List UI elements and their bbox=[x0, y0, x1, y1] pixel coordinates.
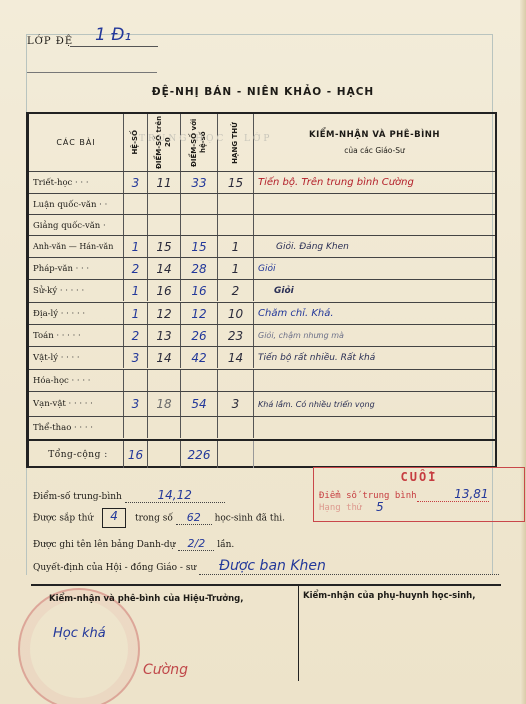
principal-comment: Học khá bbox=[53, 626, 106, 641]
teacher-comment: Chăm chỉ. Khá. bbox=[254, 303, 495, 324]
col-header-comments: KIỂM-NHẬN VÀ PHÊ-BÌNH của các Giáo-Sư bbox=[254, 114, 495, 171]
table-row: Triết-học · · · 3 11 33 15 Tiến bộ. Trên… bbox=[29, 171, 495, 193]
signature-divider bbox=[298, 586, 299, 681]
class-underline bbox=[70, 46, 158, 47]
table-row: Luận quốc-văn · · bbox=[29, 193, 495, 214]
final-average-stamp: CUỐI Điểm số trung bình13,81 Hạng thứ 5 bbox=[313, 467, 525, 522]
table-row: Toán · · · · · 2 13 26 23 Giỏi, chậm như… bbox=[29, 324, 495, 346]
principal-signature: Cường bbox=[143, 662, 188, 678]
teacher-comment: Giỏi bbox=[254, 280, 495, 301]
page-title: ĐỆ-NHỊ BÁN - NIÊN KHẢO - HẠCH bbox=[0, 86, 526, 98]
teacher-comment: Tiến bộ rất nhiều. Rất khá bbox=[254, 347, 495, 368]
parent-label: Kiểm-nhận của phụ-huynh học-sinh, bbox=[303, 591, 475, 601]
table-row: Anh-văn — Hán-văn 1 15 15 1 Giỏi. Đáng K… bbox=[29, 235, 495, 257]
signature-section: Kiểm-nhận và phê-bình của Hiệu-Trưởng, K… bbox=[31, 584, 501, 656]
stamp-rank-value: 5 bbox=[376, 500, 384, 514]
header-rule bbox=[27, 72, 157, 73]
average-value: 14,12 bbox=[125, 488, 225, 503]
table-row: Hóa-học · · · · bbox=[29, 369, 495, 391]
students-count: 62 bbox=[176, 511, 212, 525]
honor-line: Được ghi tên lên bảng Danh-dự 2/2 lần. bbox=[33, 537, 234, 551]
principal-label: Kiểm-nhận và phê-bình của Hiệu-Trưởng, bbox=[49, 594, 243, 604]
teacher-comment: Giỏi. Đáng Khen bbox=[254, 236, 495, 257]
table-row: Vật-lý · · · · 3 14 42 14 Tiến bộ rất nh… bbox=[29, 346, 495, 369]
table-total-row: Tổng-cộng : 16 226 bbox=[29, 439, 495, 468]
ghost-text-trung-hoc: TRUNG HỌC · LỚP bbox=[139, 134, 272, 144]
table-row: Giảng quốc-văn · bbox=[29, 214, 495, 235]
table-row: Sử-ký · · · · · 1 16 16 2 Giỏi bbox=[29, 279, 495, 302]
table-row: Địa-lý · · · · · 1 12 12 10 Chăm chỉ. Kh… bbox=[29, 302, 495, 324]
council-line: Quyết-định của Hội - đồng Giáo - sư Được… bbox=[33, 558, 499, 575]
table-row: Pháp-văn · · · 2 14 28 1 Giỏi bbox=[29, 257, 495, 279]
paper-edge bbox=[520, 0, 526, 704]
col-header-subject: CÁC BÀI bbox=[29, 114, 124, 171]
stamp-title: CUỐI bbox=[314, 470, 524, 484]
teacher-comment: Tiến bộ. Trên trung bình Cường bbox=[254, 172, 495, 193]
average-line: Điểm-số trung-bình 14,12 bbox=[33, 488, 225, 503]
honor-value: 2/2 bbox=[178, 537, 214, 551]
rank-box: 4 bbox=[102, 508, 126, 528]
teacher-comment: Giỏi bbox=[254, 258, 495, 279]
grades-table: CÁC BÀI HỆ-SỐ ĐIỂM-SỐ trên 20 ĐIỂM-SỐ vớ… bbox=[26, 112, 497, 468]
rank-line: Được sắp thứ 4 trong số 62 học-sinh đã t… bbox=[33, 508, 285, 528]
table-row: Thể-thao · · · · bbox=[29, 416, 495, 439]
council-decision: Được ban Khen bbox=[199, 558, 499, 575]
stamp-average-value: 13,81 bbox=[454, 487, 488, 501]
class-value: 1 Đ₁ bbox=[95, 25, 131, 45]
teacher-comment: Khá lắm. Có nhiều triển vọng bbox=[254, 392, 495, 416]
teacher-comment: Giỏi, chậm nhưng mà bbox=[254, 325, 495, 346]
class-label: LỚP ĐỆ bbox=[27, 36, 73, 47]
table-row: Vạn-vật · · · · · 3 18 54 3 Khá lắm. Có … bbox=[29, 391, 495, 416]
